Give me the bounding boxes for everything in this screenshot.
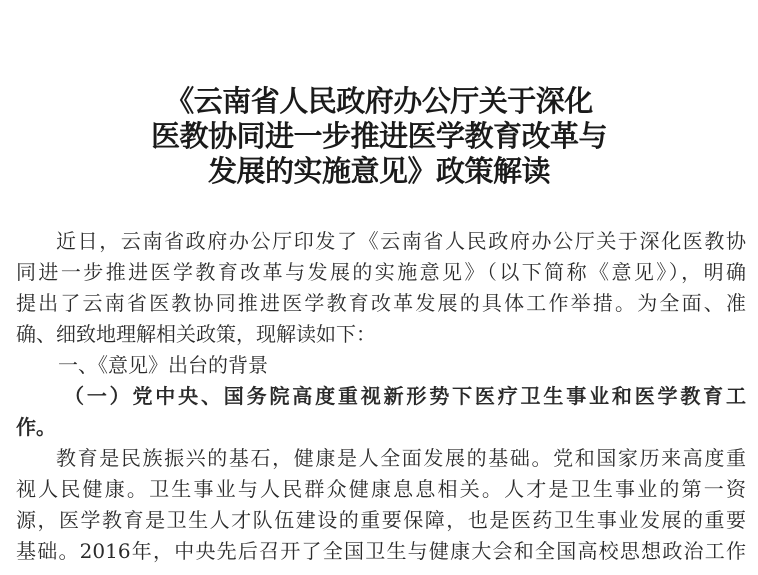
text-line: 教育是民族振兴的基石，健康是人全面发展的基础。党和国家历来高度重	[16, 443, 746, 474]
section-heading: 一、《意见》出台的背景	[16, 350, 746, 381]
body-paragraph: 教育是民族振兴的基石，健康是人全面发展的基础。党和国家历来高度重 视人民健康。卫…	[16, 443, 746, 567]
text-line: 源，医学教育是卫生人才队伍建设的重要保障，也是医药卫生事业发展的重要	[16, 505, 746, 536]
text-line: 确、细致地理解相关政策，现解读如下：	[16, 319, 746, 350]
subsection-heading: （一）党中央、国务院高度重视新形势下医疗卫生事业和医学教育工 作。	[16, 381, 746, 443]
intro-paragraph: 近日，云南省政府办公厅印发了《云南省人民政府办公厅关于深化医教协 同进一步推进医…	[16, 226, 746, 350]
text-line: 基础。2016年，中央先后召开了全国卫生与健康大会和全国高校思想政治工作	[16, 536, 746, 567]
text-line: 视人民健康。卫生事业与人民群众健康息息相关。人才是卫生事业的第一资	[16, 474, 746, 505]
title-line: 医教协同进一步推进医学教育改革与	[0, 119, 758, 154]
heading-text: （一）党中央、国务院高度重视新形势下医疗卫生事业和医学教育工	[16, 381, 746, 412]
document-title: 《云南省人民政府办公厅关于深化 医教协同进一步推进医学教育改革与 发展的实施意见…	[0, 84, 758, 189]
heading-text: 作。	[16, 412, 746, 443]
heading-text: 一、《意见》出台的背景	[16, 350, 746, 381]
text-line: 近日，云南省政府办公厅印发了《云南省人民政府办公厅关于深化医教协	[16, 226, 746, 257]
document-body: 近日，云南省政府办公厅印发了《云南省人民政府办公厅关于深化医教协 同进一步推进医…	[16, 226, 746, 567]
title-line: 《云南省人民政府办公厅关于深化	[0, 84, 758, 119]
title-line: 发展的实施意见》政策解读	[0, 154, 758, 189]
text-line: 同进一步推进医学教育改革与发展的实施意见》（以下简称《意见》），明确	[16, 257, 746, 288]
text-line: 提出了云南省医教协同推进医学教育改革发展的具体工作举措。为全面、准	[16, 288, 746, 319]
